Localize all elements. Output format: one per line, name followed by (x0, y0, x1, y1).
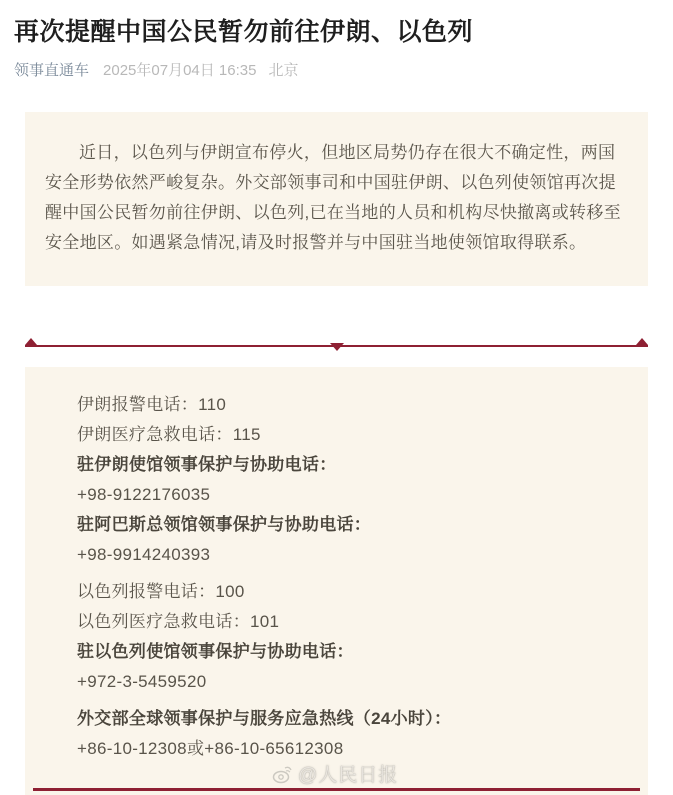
contact-line: 以色列报警电话：100 (77, 582, 628, 602)
contacts-box: 伊朗报警电话：110 伊朗医疗急救电话：115 驻伊朗使馆领事保护与协助电话： … (25, 367, 648, 795)
article-meta: 领事直通车 2025年07月04日 16:35 北京 (14, 61, 659, 80)
section-divider (25, 338, 648, 347)
contact-line: 以色列医疗急救电话：101 (77, 612, 628, 632)
contact-line-phone: +98-9914240393 (77, 545, 628, 565)
triangle-down-center-icon (330, 343, 344, 351)
contact-line-header: 外交部全球领事保护与服务应急热线（24小时）： (77, 709, 628, 729)
contact-line-header: 驻伊朗使馆领事保护与协助电话： (77, 455, 628, 475)
contact-line: 伊朗医疗急救电话：115 (77, 425, 628, 445)
contact-line-header: 驻阿巴斯总领馆领事保护与协助电话： (77, 515, 628, 535)
contact-line: 伊朗报警电话：110 (77, 395, 628, 415)
page-title: 再次提醒中国公民暂勿前往伊朗、以色列 (14, 16, 659, 48)
triangle-up-right-icon (636, 338, 648, 345)
contact-group-iran: 伊朗报警电话：110 伊朗医疗急救电话：115 驻伊朗使馆领事保护与协助电话： … (45, 395, 628, 565)
summary-paragraph: 近日，以色列与伊朗宣布停火，但地区局势仍存在很大不确定性，两国安全形势依然严峻复… (45, 138, 628, 258)
publish-location: 北京 (268, 61, 298, 80)
contact-line-phone: +86-10-12308或+86-10-65612308 (77, 739, 628, 759)
triangle-up-left-icon (25, 338, 37, 345)
source-link[interactable]: 领事直通车 (14, 61, 89, 80)
summary-box: 近日，以色列与伊朗宣布停火，但地区局势仍存在很大不确定性，两国安全形势依然严峻复… (25, 112, 648, 286)
contact-group-israel: 以色列报警电话：100 以色列医疗急救电话：101 驻以色列使馆领事保护与协助电… (45, 582, 628, 692)
bottom-red-rule (33, 788, 640, 791)
contact-line-header: 驻以色列使馆领事保护与协助电话： (77, 642, 628, 662)
contact-line-phone: +972-3-5459520 (77, 672, 628, 692)
contact-line-phone: +98-9122176035 (77, 485, 628, 505)
contact-group-mfa-hotline: 外交部全球领事保护与服务应急热线（24小时）： +86-10-12308或+86… (45, 709, 628, 759)
publish-datetime: 2025年07月04日 16:35 (103, 61, 256, 80)
article-header: 再次提醒中国公民暂勿前往伊朗、以色列 领事直通车 2025年07月04日 16:… (0, 0, 673, 80)
article-page: 再次提醒中国公民暂勿前往伊朗、以色列 领事直通车 2025年07月04日 16:… (0, 0, 673, 795)
